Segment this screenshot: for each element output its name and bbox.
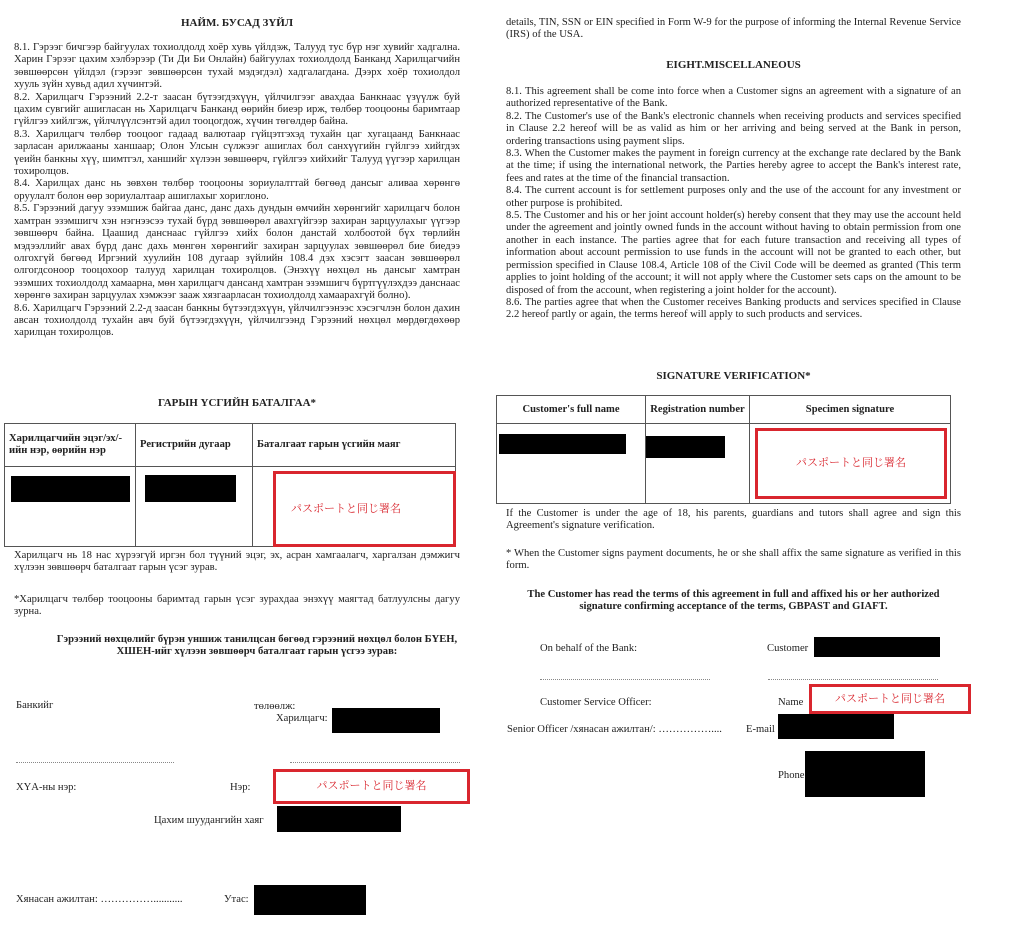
phone-label: Phone <box>778 770 804 782</box>
minor-note: Харилцагч нь 18 нас хүрээгүй иргэн бол т… <box>14 550 460 575</box>
redacted-customer <box>814 637 940 657</box>
signature-heading: ГАРЫН ҮСГИЙН БАТАЛГАА* <box>14 397 460 409</box>
senior-officer-label: Senior Officer /хянасан ажилтан/: …………….… <box>507 724 722 736</box>
clause-8-5: 8.5. The Customer and his or her joint a… <box>506 210 961 297</box>
redacted-email <box>778 714 894 739</box>
customer-label: Харилцагч: <box>276 713 328 725</box>
name-signature-annotation: パスポートと同じ署名 <box>273 769 470 804</box>
clause-8-2: 8.2. Харилцагч Гэрээний 2.2-т заасан бүт… <box>14 92 460 129</box>
acceptance-statement: Гэрээний нөхцөлийг бүрэн уншиж танилцсан… <box>54 634 460 659</box>
bank-label: Банкийг <box>16 700 53 712</box>
redacted-email <box>277 806 401 832</box>
officer-label: Customer Service Officer: <box>540 697 652 709</box>
clauses: 8.1. This agreement shall be come into f… <box>506 86 961 322</box>
clause-8-1: 8.1. This agreement shall be come into f… <box>506 86 961 111</box>
redacted-name <box>11 476 130 502</box>
clause-8-4: 8.4. The current account is for settleme… <box>506 185 961 210</box>
redacted-phone <box>805 751 925 797</box>
header-registration: Регистрийн дугаар <box>136 424 253 467</box>
clause-8-3: 8.3. Харилцагч төлбөр тооцоог гадаад вал… <box>14 129 460 179</box>
phone-label: Утас: <box>224 894 249 906</box>
redacted-registration <box>145 475 236 502</box>
header-specimen-signature: Specimen signature <box>750 396 951 424</box>
header-registration: Registration number <box>646 396 750 424</box>
email-label: E-mail <box>746 724 775 736</box>
officer-label: ХҮА-ны нэр: <box>16 782 76 794</box>
header-full-name: Customer's full name <box>497 396 646 424</box>
clause-8-2: 8.2. The Customer's use of the Bank's el… <box>506 111 961 148</box>
redacted-name <box>499 434 626 454</box>
clause-8-3: 8.3. When the Customer makes the payment… <box>506 148 961 185</box>
minor-note: If the Customer is under the age of 18, … <box>506 508 961 533</box>
intro-text: details, TIN, SSN or EIN specified in Fo… <box>506 17 961 42</box>
redacted-phone <box>254 885 366 915</box>
customer-signature-line <box>768 679 938 680</box>
clauses: 8.1. Гэрээг бичгээр байгуулах тохиолдолд… <box>14 42 460 340</box>
email-label: Цахим шуудангийн хаяг <box>154 815 264 827</box>
signature-annotation: パスポートと同じ署名 <box>755 428 947 499</box>
senior-officer-label: Хянасан ажилтан: ……………........... <box>16 894 183 906</box>
signature-heading: SIGNATURE VERIFICATION* <box>506 370 961 382</box>
customer-signature-line <box>290 762 460 763</box>
header-full-name: Харилцагчийн эцэг/эх/-ийн нэр, өөрийн нэ… <box>5 424 136 467</box>
customer-label: Customer <box>767 643 808 655</box>
clause-8-1: 8.1. Гэрээг бичгээр байгуулах тохиолдолд… <box>14 42 460 92</box>
behalf-label: төлөөлж: <box>254 701 295 713</box>
redacted-registration <box>646 436 725 458</box>
clause-8-6: 8.6. Харилцагч Гэрээний 2.2-д заасан бан… <box>14 303 460 340</box>
name-signature-annotation: パスポートと同じ署名 <box>809 684 971 714</box>
bank-signature-line <box>16 762 174 763</box>
section-heading: EIGHT.MISCELLANEOUS <box>506 59 961 71</box>
clause-8-5: 8.5. Гэрээний дагуу эзэмшиж байгаа данс,… <box>14 203 460 302</box>
acceptance-statement: The Customer has read the terms of this … <box>520 589 947 614</box>
name-label: Нэр: <box>230 782 250 794</box>
star-note: * When the Customer signs payment docume… <box>506 548 961 573</box>
star-note: *Харилцагч төлбөр тооцооны баримтад гары… <box>14 594 460 619</box>
bank-signature-line <box>540 679 710 680</box>
clause-8-6: 8.6. The parties agree that when the Cus… <box>506 297 961 322</box>
name-label: Name <box>778 697 803 709</box>
signature-annotation: パスポートと同じ署名 <box>273 471 456 547</box>
redacted-customer <box>332 708 440 733</box>
clause-8-4: 8.4. Харилцах данс нь зөвхөн төлбөр тооц… <box>14 178 460 203</box>
section-heading: НАЙМ. БУСАД ЗҮЙЛ <box>14 17 460 29</box>
bank-label: On behalf of the Bank: <box>540 643 637 655</box>
header-specimen-signature: Баталгаат гарын үсгийн маяг <box>253 424 456 467</box>
